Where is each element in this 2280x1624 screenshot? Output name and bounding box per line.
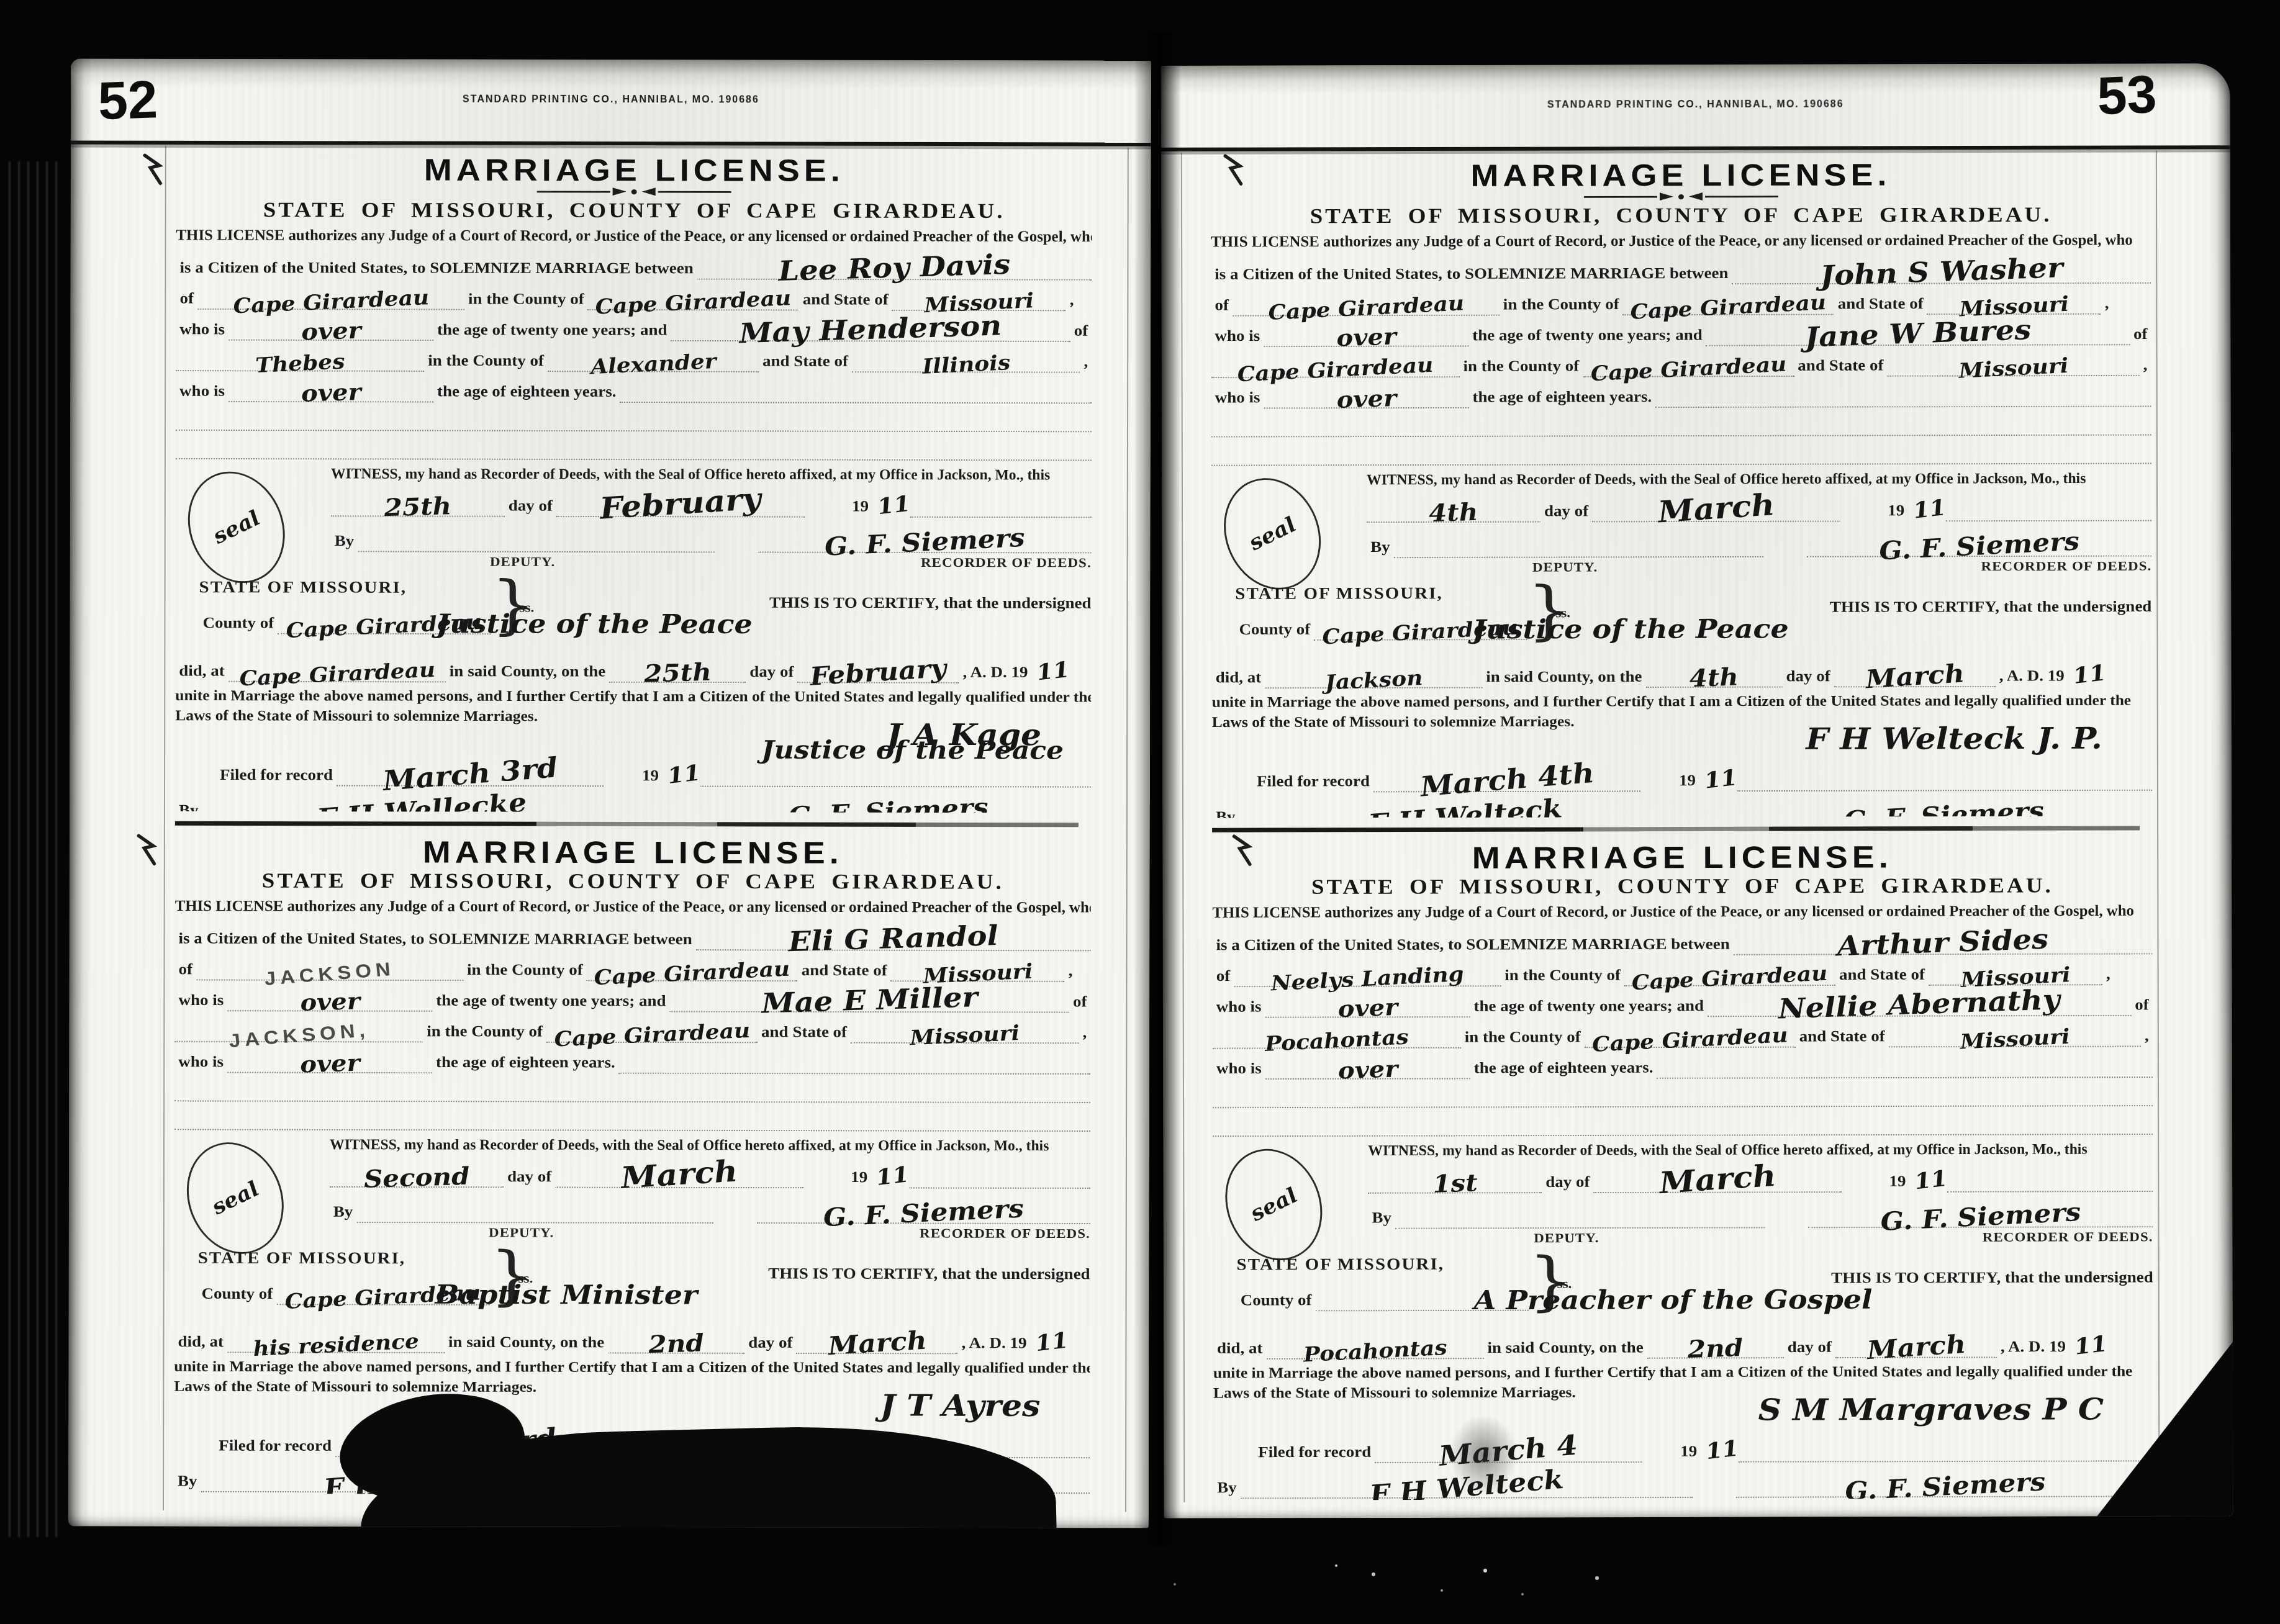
groom-age-value: over bbox=[301, 317, 361, 346]
bride-age-value: over bbox=[301, 379, 361, 407]
seal-text: seal bbox=[207, 1177, 264, 1220]
certify-block: STATE OF MISSOURI, County ofCape Girarde… bbox=[175, 575, 1091, 651]
groom-name-field: Lee Roy Davis bbox=[697, 251, 1092, 280]
marriage-day-value: 25th bbox=[643, 658, 712, 688]
bride-name-value: Mae E Miller bbox=[761, 981, 978, 1020]
form-title: MARRIAGE LICENSE. bbox=[175, 834, 1091, 870]
scan-smudge bbox=[1449, 1415, 1518, 1495]
authorize-line: THIS LICENSE authorizes any Judge of a C… bbox=[176, 226, 1019, 249]
bride-residence-row: JACKSON, in the County of Cape Girardeau… bbox=[174, 1011, 1090, 1044]
authorize-line: THIS LICENSE authorizes any Judge of a C… bbox=[1211, 231, 2076, 255]
authorize-line: THIS LICENSE authorizes any Judge of a C… bbox=[1212, 902, 2077, 926]
recorder-signature: G. F. Siemers bbox=[1844, 1467, 2046, 1500]
state-county-line: STATE OF MISSOURI, COUNTY OF CAPE GIRARD… bbox=[176, 197, 1092, 228]
ornament-divider bbox=[176, 186, 1092, 197]
seal-oval: seal bbox=[1212, 1139, 1336, 1271]
undersigned-title-value: Justice of the Peace bbox=[436, 608, 752, 640]
form-title: MARRIAGE LICENSE. bbox=[1211, 156, 2151, 192]
state-county-line: STATE OF MISSOURI, COUNTY OF CAPE GIRARD… bbox=[175, 868, 1091, 899]
form-title: MARRIAGE LICENSE. bbox=[1212, 839, 2152, 875]
forms-column: MARRIAGE LICENSE. STATE OF MISSOURI, COU… bbox=[1211, 156, 2154, 1500]
ornament-divider bbox=[1211, 191, 2151, 202]
license-form-davis-henderson: MARRIAGE LICENSE. STATE OF MISSOURI, COU… bbox=[175, 152, 1092, 813]
forms-column: MARRIAGE LICENSE. STATE OF MISSOURI, COU… bbox=[174, 152, 1092, 1495]
blank-line bbox=[1211, 412, 2151, 438]
marriage-year-value: 11 bbox=[2071, 659, 2107, 688]
marriage-month-value: March bbox=[1865, 659, 1965, 694]
deputy-blank-field bbox=[358, 551, 714, 553]
marriage-day-value: 4th bbox=[1689, 663, 1739, 693]
certify-block: STATE OF MISSOURI, County ofCape Girarde… bbox=[1211, 579, 2151, 656]
groom-age-value: over bbox=[299, 988, 360, 1016]
form-title: MARRIAGE LICENSE. bbox=[176, 152, 1092, 188]
marriage-year-value: 11 bbox=[2073, 1330, 2109, 1360]
filed-row: Filed for record March 4th 1911 bbox=[1212, 759, 2152, 793]
seal-oval: seal bbox=[175, 461, 299, 593]
witness-day-value: 4th bbox=[1429, 498, 1479, 528]
marriage-month-value: March bbox=[1866, 1330, 1966, 1365]
unite-paragraph: unite in Marriage the above named person… bbox=[174, 1356, 1090, 1399]
witness-block: seal WITNESS, my hand as Recorder of Dee… bbox=[1213, 1140, 2153, 1247]
witness-block: seal WITNESS, my hand as Recorder of Dee… bbox=[174, 1136, 1090, 1242]
left-margin-rule bbox=[163, 146, 166, 1510]
right-margin-rule bbox=[2156, 150, 2160, 1500]
witness-block: seal WITNESS, my hand as Recorder of Dee… bbox=[176, 465, 1092, 571]
blank-line bbox=[1213, 1111, 2153, 1137]
printer-mark: STANDARD PRINTING CO., HANNIBAL, MO. 190… bbox=[71, 93, 1151, 106]
bride-age-value: over bbox=[1337, 1055, 1398, 1085]
undersigned-title-value: Baptist Minister bbox=[435, 1279, 698, 1310]
groom-name-row: is a Citizen of the United States, to SO… bbox=[1211, 253, 2151, 286]
blank-line bbox=[174, 1078, 1090, 1103]
groom-residence-row: of Neelys Landing in the County of Cape … bbox=[1213, 954, 2153, 987]
authorize-line: THIS LICENSE authorizes any Judge of a C… bbox=[175, 897, 1018, 920]
groom-name-row: is a Citizen of the United States, to SO… bbox=[176, 248, 1092, 280]
state-county-line: STATE OF MISSOURI, COUNTY OF CAPE GIRARD… bbox=[1211, 202, 2151, 233]
filed-year-value: 11 bbox=[1703, 764, 1739, 793]
book-gutter-shadow bbox=[1134, 31, 1181, 1546]
form-divider-rule bbox=[1212, 826, 2140, 832]
right-margin-rule bbox=[1125, 147, 1129, 1512]
pencil-check-icon bbox=[134, 834, 159, 867]
blank-line bbox=[176, 407, 1092, 432]
marriage-day-value: 2nd bbox=[1687, 1333, 1744, 1363]
marriage-day-value: 2nd bbox=[648, 1329, 705, 1359]
license-form-randol-miller: MARRIAGE LICENSE. STATE OF MISSOURI, COU… bbox=[174, 834, 1091, 1495]
unite-paragraph: unite in Marriage the above named person… bbox=[175, 685, 1091, 728]
undersigned-title-value: Justice of the Peace bbox=[1472, 613, 1788, 645]
certify-block: STATE OF MISSOURI, County ofCape Girarde… bbox=[174, 1245, 1090, 1321]
state-county-line: STATE OF MISSOURI, COUNTY OF CAPE GIRARD… bbox=[1212, 873, 2152, 904]
groom-name-value: Eli G Randol bbox=[788, 919, 999, 958]
groom-age-value: over bbox=[1336, 323, 1396, 352]
page-53: 53 STANDARD PRINTING CO., HANNIBAL, MO. … bbox=[1161, 63, 2233, 1518]
unite-paragraph: unite in Marriage the above named person… bbox=[1212, 690, 2152, 733]
seal-oval: seal bbox=[174, 1132, 297, 1264]
license-form-washer-bures: MARRIAGE LICENSE. STATE OF MISSOURI, COU… bbox=[1211, 156, 2152, 818]
filed-row: Filed for record March 4 1911 bbox=[1213, 1430, 2153, 1464]
pencil-check-icon bbox=[140, 153, 165, 187]
groom-name-row: is a Citizen of the United States, to SO… bbox=[1212, 924, 2152, 957]
marriage-date-row: did, at Cape Girardeau in said County, o… bbox=[175, 649, 1091, 683]
filed-year-value: 11 bbox=[666, 759, 702, 788]
witness-year-value: 11 bbox=[1913, 1165, 1949, 1194]
groom-name-row: is a Citizen of the United States, to SO… bbox=[175, 919, 1091, 951]
groom-age-value: over bbox=[1337, 994, 1398, 1023]
printer-mark: STANDARD PRINTING CO., HANNIBAL, MO. 190… bbox=[1161, 98, 2230, 112]
witness-day-value: 1st bbox=[1432, 1169, 1478, 1199]
blank-line bbox=[1211, 440, 2151, 466]
marriage-date-row: did, at Jackson in said County, on the 4… bbox=[1212, 654, 2152, 689]
witness-year-value: 11 bbox=[875, 1161, 911, 1190]
top-rule bbox=[1161, 145, 2230, 151]
marriage-place-value: Jackson bbox=[1324, 666, 1423, 695]
officiant-title: Justice of the Peace bbox=[761, 736, 1064, 765]
certify-block: STATE OF MISSOURI, County of }ss. THIS I… bbox=[1213, 1250, 2153, 1327]
page-number: 53 bbox=[2096, 64, 2158, 127]
bride-residence-row: Thebes in the County of Alexander and St… bbox=[176, 340, 1092, 372]
ledger-scan: 52 STANDARD PRINTING CO., HANNIBAL, MO. … bbox=[0, 0, 2280, 1624]
blank-line bbox=[1213, 1082, 2153, 1108]
witness-day-value: 25th bbox=[384, 492, 452, 521]
groom-residence-row: of Cape Girardeau in the County of Cape … bbox=[1211, 284, 2151, 317]
pencil-check-icon bbox=[1229, 834, 1254, 867]
page-52: 52 STANDARD PRINTING CO., HANNIBAL, MO. … bbox=[68, 58, 1151, 1528]
unite-paragraph: unite in Marriage the above named person… bbox=[1213, 1361, 2153, 1404]
bride-age-value: over bbox=[1336, 385, 1396, 414]
seal-text: seal bbox=[1246, 1183, 1302, 1226]
marriage-month-value: March bbox=[826, 1326, 927, 1361]
pencil-check-icon bbox=[1221, 154, 1246, 187]
witness-month-value: March bbox=[620, 1153, 739, 1196]
bride-state-value: Missouri bbox=[909, 1021, 1020, 1050]
left-margin-rule bbox=[1181, 153, 1185, 1502]
blank-line bbox=[174, 1106, 1090, 1132]
form-divider-rule bbox=[175, 821, 1079, 828]
groom-residence-row: of JACKSON in the County of Cape Girarde… bbox=[174, 950, 1090, 982]
marriage-year-value: 11 bbox=[1034, 1327, 1070, 1356]
bride-age-value: over bbox=[299, 1050, 360, 1078]
bride-residence-value: Thebes bbox=[255, 350, 345, 377]
license-form-sides-abernathy: MARRIAGE LICENSE. STATE OF MISSOURI, COU… bbox=[1212, 839, 2153, 1500]
marriage-date-row: did, at his residence in said County, on… bbox=[174, 1320, 1090, 1355]
bride-state-value: Illinois bbox=[921, 351, 1011, 379]
seal-text: seal bbox=[1244, 512, 1301, 555]
filed-year-value: 11 bbox=[1704, 1435, 1740, 1464]
seal-text: seal bbox=[208, 506, 265, 549]
scan-edge-streaks bbox=[9, 161, 62, 1537]
groom-residence-row: of Cape Girardeau in the County of Cape … bbox=[176, 279, 1092, 311]
witness-year-value: 11 bbox=[1912, 494, 1948, 523]
undersigned-title-value: A Preacher of the Gospel bbox=[1474, 1284, 1873, 1315]
marriage-month-value: February bbox=[809, 654, 948, 692]
blank-line bbox=[176, 435, 1092, 461]
witness-year-value: 11 bbox=[876, 490, 912, 520]
top-rule bbox=[71, 140, 1151, 146]
recorder-signature: G. F. Siemers bbox=[787, 793, 989, 813]
scan-speckles bbox=[1335, 1564, 1337, 1567]
seal-oval: seal bbox=[1211, 467, 1335, 600]
marriage-date-row: did, at Pocahontas in said County, on th… bbox=[1213, 1324, 2153, 1360]
witness-block: seal WITNESS, my hand as Recorder of Dee… bbox=[1211, 470, 2151, 576]
witness-day-value: Second bbox=[363, 1162, 470, 1193]
recorder-signature: G. F. Siemers bbox=[1843, 796, 2045, 818]
marriage-year-value: 11 bbox=[1035, 656, 1071, 685]
